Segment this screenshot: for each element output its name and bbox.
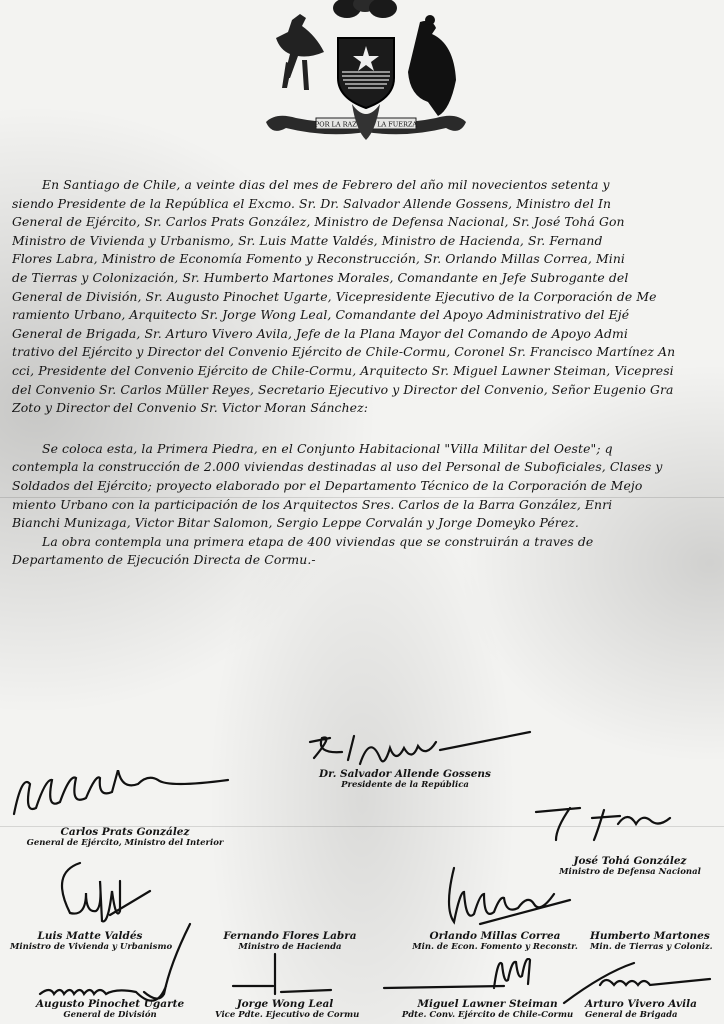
signature-matte: [50, 855, 160, 925]
text-line: En Santiago de Chile, a veinte dias del …: [12, 176, 724, 195]
signature-wong: [225, 950, 345, 1000]
text-line: La obra contempla una primera etapa de 4…: [12, 533, 724, 552]
text-line: General de Brigada, Sr. Arturo Vivero Av…: [12, 325, 724, 344]
signatory-allende: Dr. Salvador Allende Gossens Presidente …: [300, 768, 510, 790]
text-line: Ministro de Vivienda y Urbanismo, Sr. Lu…: [12, 232, 724, 251]
chile-coat-of-arms-icon: POR LA RAZÓN O LA FUERZA: [252, 0, 478, 148]
signature-pinochet: [20, 920, 220, 1010]
text-line: ramiento Urbano, Arquitecto Sr. Jorge Wo…: [12, 306, 724, 325]
signature-millas: [440, 858, 590, 928]
signatory-lawner: Miguel Lawner Steiman Pdte. Conv. Ejérci…: [400, 998, 575, 1020]
text-line: Se coloca esta, la Primera Piedra, en el…: [12, 440, 724, 459]
text-line: de Tierras y Colonización, Sr. Humberto …: [12, 269, 724, 288]
signature-toha: [530, 800, 700, 845]
text-line: Bianchi Munizaga, Victor Bitar Salomon, …: [12, 514, 724, 533]
text-line: General de Ejército, Sr. Carlos Prats Go…: [12, 213, 724, 232]
text-line: General de División, Sr. Augusto Pinoche…: [12, 288, 724, 307]
signatory-martones: Humberto Martones Min. de Tierras y Colo…: [590, 930, 724, 952]
signatory-prats: Carlos Prats González General de Ejércit…: [10, 826, 240, 848]
text-line: del Convenio Sr. Carlos Müller Reyes, Se…: [12, 381, 724, 400]
text-line: Departamento de Ejecución Directa de Cor…: [12, 551, 724, 570]
text-line: trativo del Ejército y Director del Conv…: [12, 343, 724, 362]
signatory-pinochet: Augusto Pinochet Ugarte General de Divis…: [10, 998, 210, 1020]
text-line: contempla la construcción de 2.000 vivie…: [12, 458, 724, 477]
text-line: Zoto y Director del Convenio Sr. Victor …: [12, 399, 724, 418]
signatory-wong: Jorge Wong Leal Vice Pdte. Ejecutivo de …: [215, 998, 355, 1020]
signatory-flores: Fernando Flores Labra Ministro de Hacien…: [205, 930, 375, 952]
signatory-vivero: Arturo Vivero Avila General de Brigada: [585, 998, 724, 1020]
signature-lawner: [380, 958, 560, 998]
text-line: Flores Labra, Ministro de Economía Fomen…: [12, 250, 724, 269]
signature-prats: [6, 770, 256, 830]
text-line: siendo Presidente de la República el Exc…: [12, 195, 724, 214]
text-line: miento Urbano con la participación de lo…: [12, 496, 724, 515]
certificate-body: En Santiago de Chile, a veinte dias del …: [12, 176, 724, 570]
signatory-millas: Orlando Millas Correa Min. de Econ. Fome…: [400, 930, 590, 952]
text-line: Soldados del Ejército; proyecto elaborad…: [12, 477, 724, 496]
text-line: cci, Presidente del Convenio Ejército de…: [12, 362, 724, 381]
